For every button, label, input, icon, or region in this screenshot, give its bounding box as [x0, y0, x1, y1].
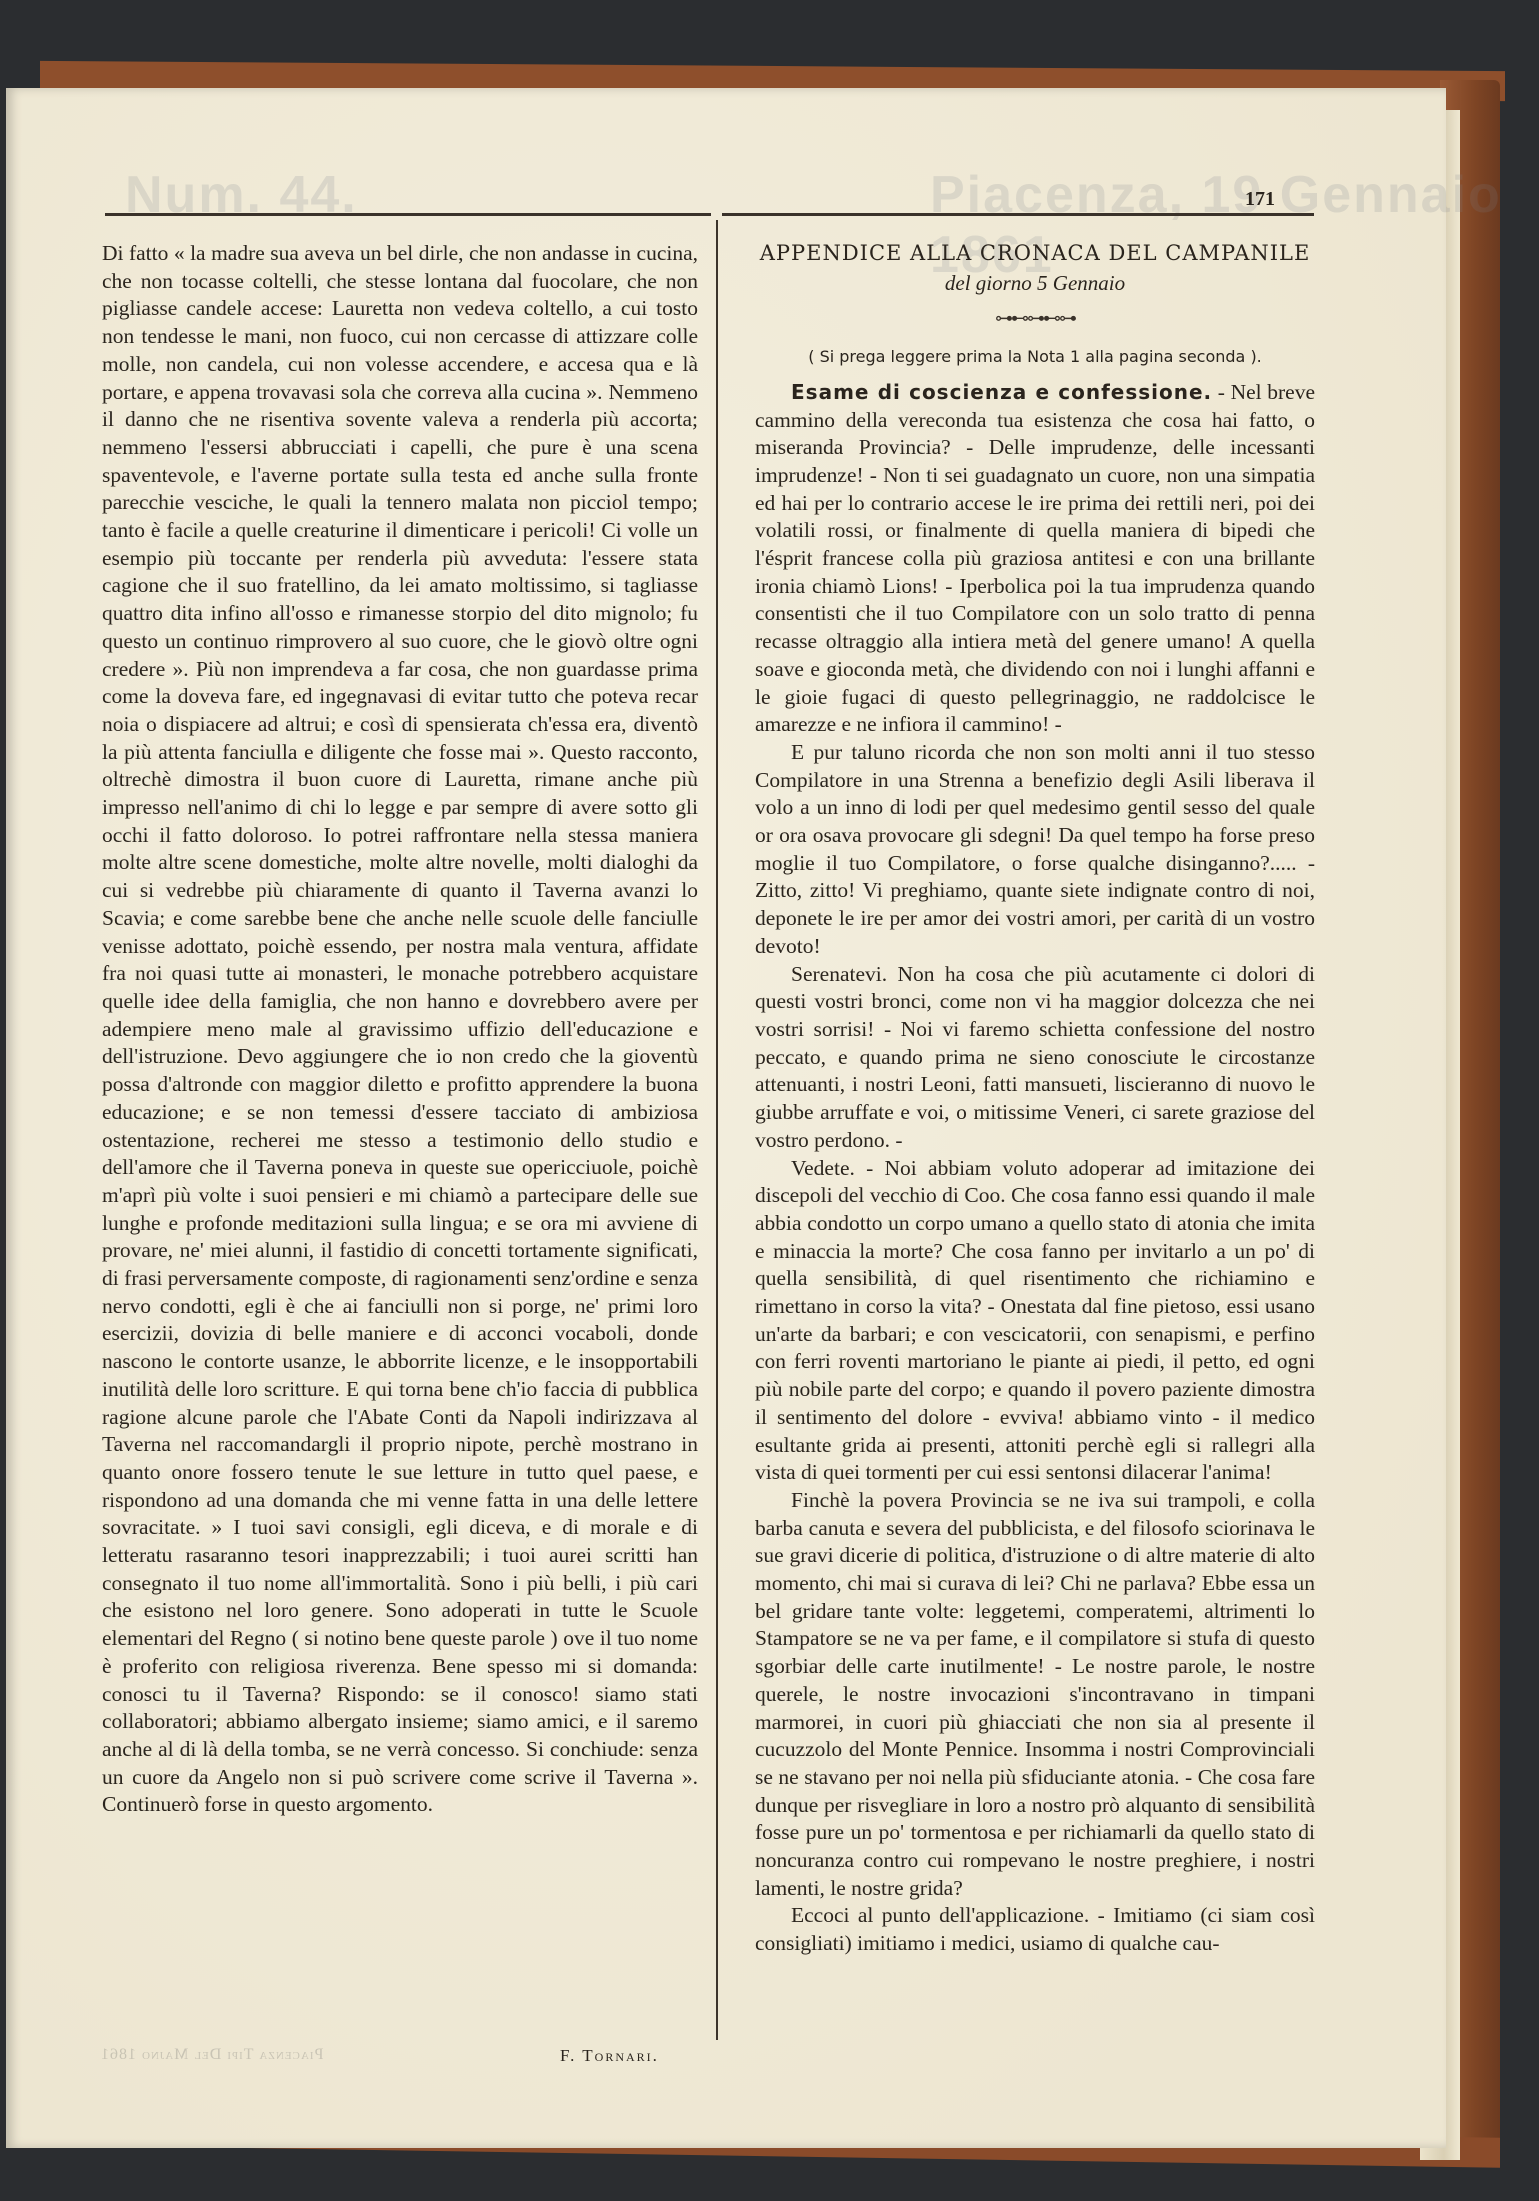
right-column: Appendice alla Cronaca del Campanile del…	[755, 240, 1315, 1958]
first-paragraph: Esame di coscienza e confessione. - Nel …	[755, 379, 1315, 739]
paragraph: Serenatevi. Non ha cosa che più acutamen…	[755, 961, 1315, 1155]
left-column: Di fatto « la madre sua aveva un bel dir…	[102, 240, 698, 1819]
appendix-subtitle: del giorno 5 Gennaio	[755, 270, 1315, 298]
left-article-text: Di fatto « la madre sua aveva un bel dir…	[102, 240, 698, 1819]
paragraph: Finchè la povera Provincia se ne iva sui…	[755, 1487, 1315, 1903]
paragraph: E pur taluno ricorda che non son molti a…	[755, 739, 1315, 961]
author-signature: F. Tornari.	[560, 2046, 659, 2066]
section-title: Esame di coscienza e confessione.	[791, 380, 1212, 404]
ghost-imprint: Piacenza Tipi Del Majno 1861	[100, 2046, 323, 2064]
appendix-title: Appendice alla Cronaca del Campanile	[755, 240, 1315, 268]
column-divider	[716, 220, 718, 2040]
header-rule-left	[105, 213, 711, 216]
paragraph-text: - Nel breve cammino della vereconda tua …	[755, 380, 1315, 736]
paragraph: Vedete. - Noi abbiam voluto adoperar ad …	[755, 1155, 1315, 1487]
page-number: 171	[1245, 188, 1275, 211]
masthead-ghost-issue: Num. 44.	[125, 165, 358, 225]
reader-note: ( Si prega leggere prima la Nota 1 alla …	[755, 343, 1315, 371]
header-rule-right	[722, 213, 1314, 216]
paragraph: Eccoci al punto dell'applicazione. - Imi…	[755, 1902, 1315, 1957]
ornament-divider-icon: ⊶⊷⊶⊷⊶	[755, 305, 1315, 333]
